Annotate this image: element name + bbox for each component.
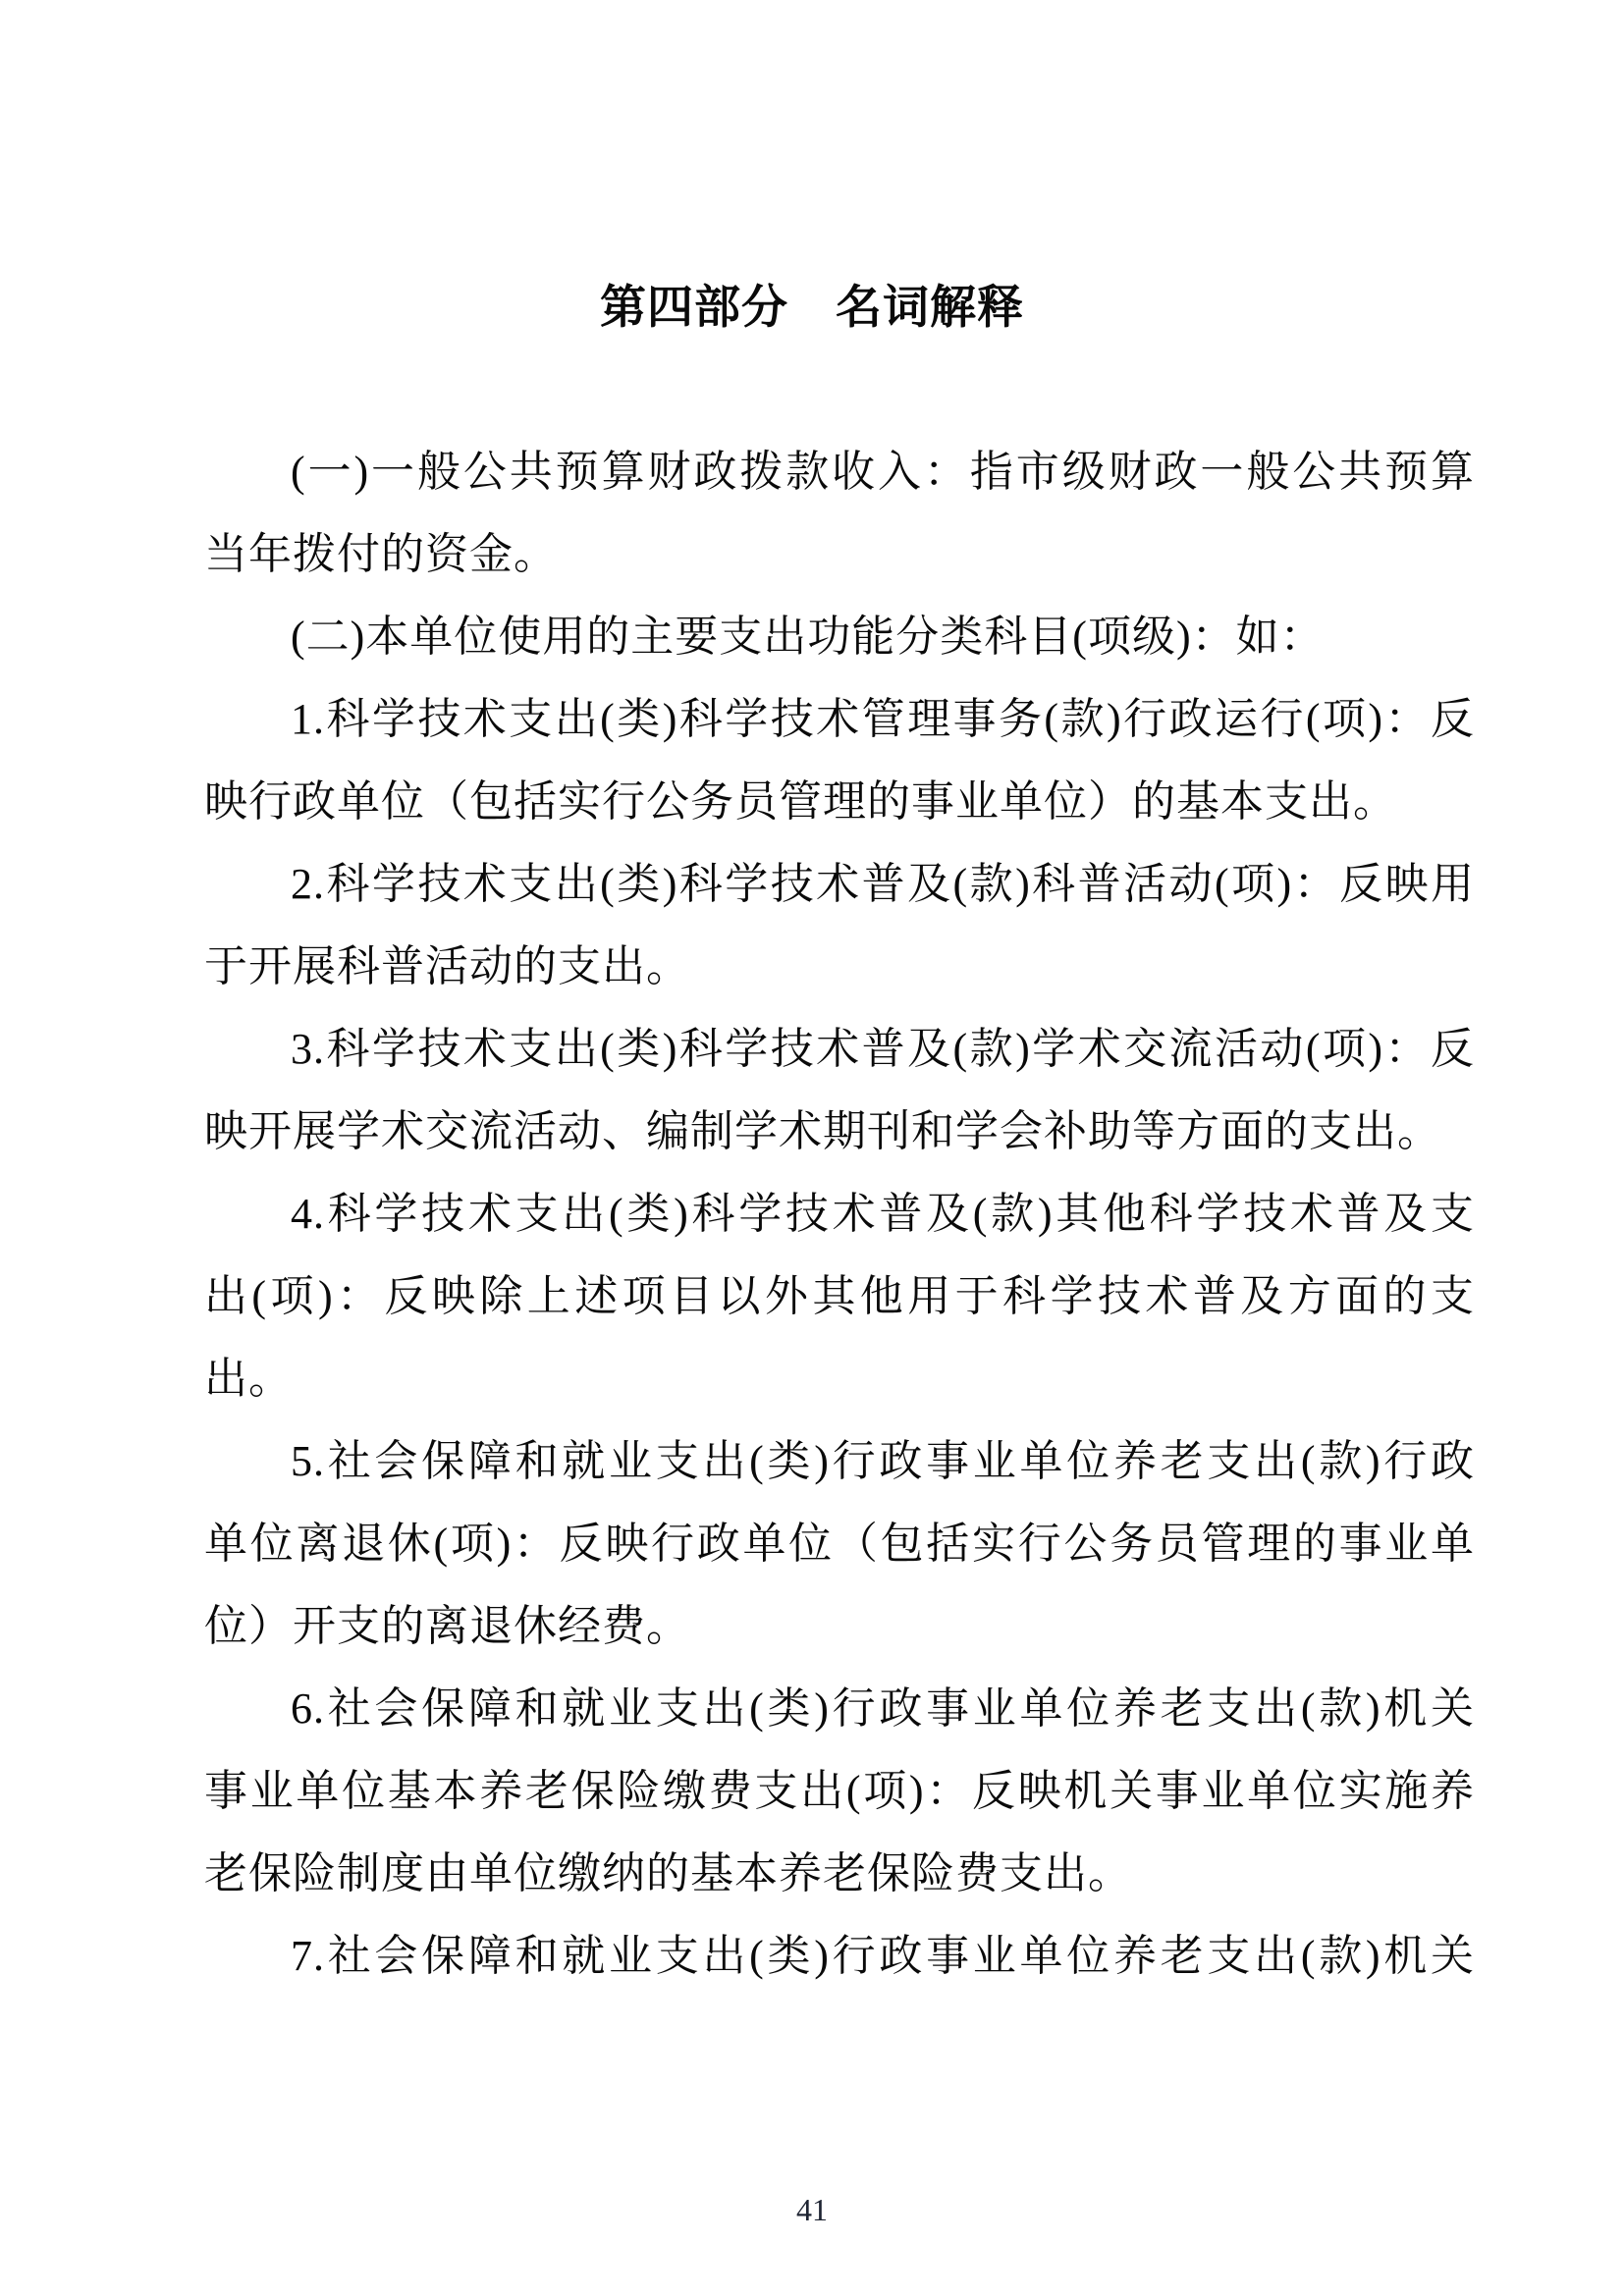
text-line: 出。: [204, 1338, 1475, 1420]
text-line: 位）开支的离退休经费。: [204, 1585, 1475, 1668]
text-line: 2.科学技术支出(类)科学技术普及(款)科普活动(项)：反映用: [204, 843, 1475, 926]
text-line: 事业单位基本养老保险缴费支出(项)：反映机关事业单位实施养: [204, 1750, 1475, 1833]
text-line: 6.社会保障和就业支出(类)行政事业单位养老支出(款)机关: [204, 1668, 1475, 1750]
text-line: 映行政单位（包括实行公务员管理的事业单位）的基本支出。: [204, 761, 1475, 843]
text-line: 出(项)：反映除上述项目以外其他用于科学技术普及方面的支: [204, 1255, 1475, 1338]
text-line: 映开展学术交流活动、编制学术期刊和学会补助等方面的支出。: [204, 1091, 1475, 1173]
document-body: (一)一般公共预算财政拨款收入：指市级财政一般公共预算当年拨付的资金。(二)本单…: [204, 431, 1475, 1998]
text-line: (一)一般公共预算财政拨款收入：指市级财政一般公共预算: [204, 431, 1475, 513]
text-line: 7.社会保障和就业支出(类)行政事业单位养老支出(款)机关: [204, 1915, 1475, 1998]
text-line: (二)本单位使用的主要支出功能分类科目(项级)：如：: [204, 596, 1475, 678]
page-title: 第四部分 名词解释: [0, 273, 1624, 342]
document-page: 第四部分 名词解释 (一)一般公共预算财政拨款收入：指市级财政一般公共预算当年拨…: [0, 0, 1624, 2296]
text-line: 3.科学技术支出(类)科学技术普及(款)学术交流活动(项)：反: [204, 1008, 1475, 1091]
text-line: 当年拨付的资金。: [204, 513, 1475, 596]
text-line: 于开展科普活动的支出。: [204, 926, 1475, 1008]
text-line: 4.科学技术支出(类)科学技术普及(款)其他科学技术普及支: [204, 1173, 1475, 1255]
text-line: 单位离退休(项)：反映行政单位（包括实行公务员管理的事业单: [204, 1503, 1475, 1585]
page-number: 41: [0, 2189, 1624, 2230]
text-line: 1.科学技术支出(类)科学技术管理事务(款)行政运行(项)：反: [204, 678, 1475, 761]
text-line: 5.社会保障和就业支出(类)行政事业单位养老支出(款)行政: [204, 1420, 1475, 1503]
text-line: 老保险制度由单位缴纳的基本养老保险费支出。: [204, 1833, 1475, 1915]
